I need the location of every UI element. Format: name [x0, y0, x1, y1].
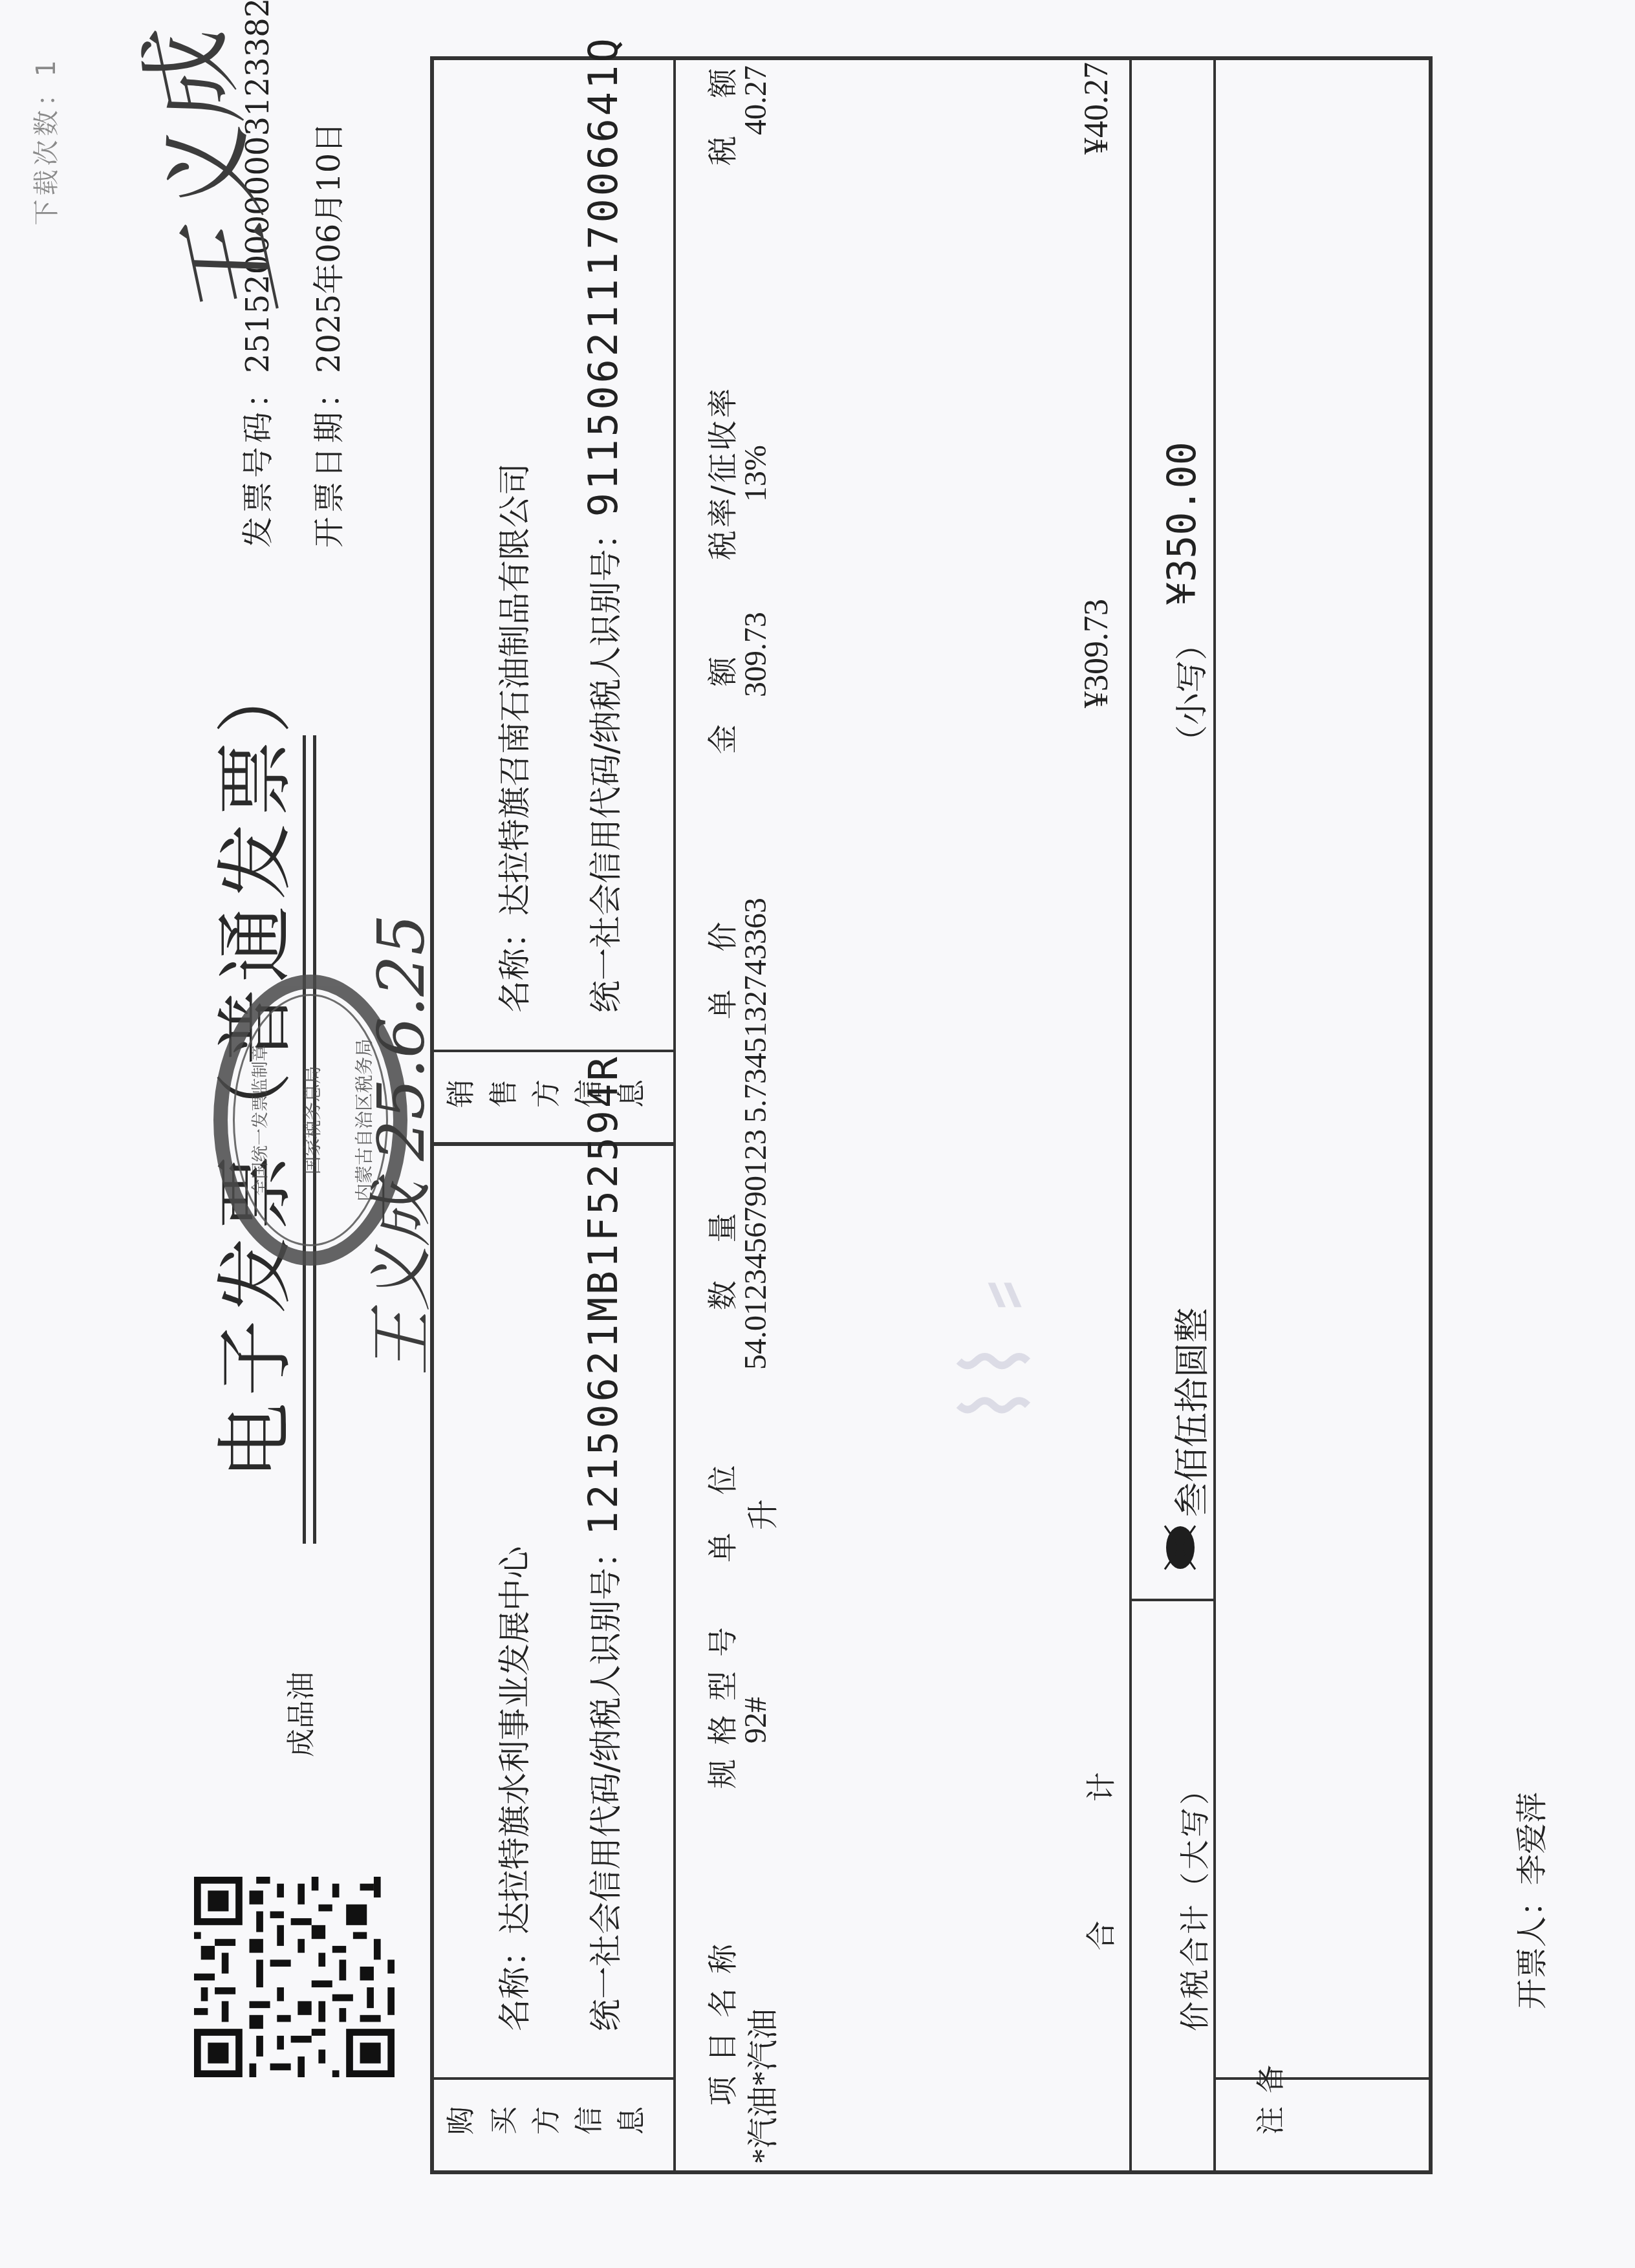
seller-tax-id: 统一社会信用代码/纳税人识别号：91150621117006641Q: [579, 36, 627, 1013]
buyer-name-value: 达拉特旗水利事业发展中心: [496, 1546, 534, 1934]
item-spec: 92#: [738, 1697, 774, 1744]
item-unit: 升: [738, 1499, 783, 1530]
drawer-name: 李爱萍: [1514, 1792, 1550, 1885]
download-count-value: 1: [32, 56, 61, 76]
issue-date: 开票日期：2025年06月10日: [304, 122, 349, 548]
item-tax: 40.27: [738, 65, 774, 243]
download-count-label: 下载次数：: [32, 76, 61, 225]
col-header-tax-rate: 税率/征收率: [699, 386, 742, 561]
circled-x-icon: [1166, 1526, 1195, 1569]
party-block-divider: [673, 60, 676, 2170]
handwritten-signature-mid: 王义成 25.6.25: [349, 914, 442, 1376]
buyer-tax-id-label: 统一社会信用代码/纳税人识别号：: [587, 1535, 625, 2031]
download-count: 下载次数：1: [26, 56, 63, 225]
invoice-page: 下载次数：1 成品油 电子发票（普通发票） 全国统一发票监制章 国家税务总局 内…: [0, 0, 1635, 2268]
grand-total-label: 价税合计（大写）: [1171, 1773, 1214, 2031]
grand-total-divider: [1213, 60, 1216, 2170]
totals-amount: ¥309.73: [1077, 599, 1116, 806]
show-through-marks: ⌇⌇ ⸗: [944, 1280, 1050, 1427]
buyer-tax-id: 统一社会信用代码/纳税人识别号：12150621MB1F52594R: [579, 1054, 627, 2031]
stamp-middle-text: 国家税务总局: [299, 989, 325, 1251]
item-amount: 309.73: [738, 612, 774, 806]
col-header-unit: 单 位: [699, 1451, 742, 1562]
col-header-tax: 税 额: [699, 54, 742, 166]
buyer-name: 名称：达拉特旗水利事业发展中心: [489, 1546, 536, 2031]
item-name: *汽油*汽油: [738, 2009, 783, 2164]
party-split: [434, 1142, 673, 1146]
grand-total-small-label: （小写）: [1166, 628, 1213, 757]
item-quantity: 54.0123456790123: [738, 1129, 774, 1465]
buyer-tax-id-value: 12150621MB1F52594R: [579, 1054, 627, 1535]
seller-label-divider: [434, 1050, 673, 1052]
grand-total-figures: ¥350.00: [1160, 442, 1205, 605]
col-header-unit-price: 单 价: [699, 907, 742, 1019]
seller-tax-id-label: 统一社会信用代码/纳税人识别号：: [587, 517, 625, 1013]
totals-label: 合 计: [1077, 1772, 1120, 1950]
totals-divider: [1129, 60, 1132, 2170]
grand-total-label-divider: [1129, 1599, 1213, 1601]
seller-tax-id-value: 91150621117006641Q: [579, 36, 627, 517]
col-header-quantity: 数 量: [699, 1198, 742, 1310]
buyer-name-label: 名称：: [496, 1934, 534, 2031]
seller-name: 名称：达拉特旗召南石油制品有限公司: [489, 463, 536, 1013]
item-unit-price: 5.7345132743363: [738, 898, 774, 1123]
buyer-section-label: 购买方信息: [446, 2103, 666, 2144]
category-tag: 成品油: [278, 1672, 319, 1757]
item-tax-rate: 13%: [738, 445, 774, 502]
drawer: 开票人：李爱萍: [1507, 1792, 1552, 2009]
invoice-table: 购买方信息 销售方信息 名称：达拉特旗水利事业发展中心 统一社会信用代码/纳税人…: [430, 56, 1433, 2174]
grand-total-words: 叁佰伍拾圆整: [1165, 1308, 1215, 1517]
invoice-number-label: 发票号码：: [240, 373, 276, 548]
buyer-label-divider: [434, 2077, 673, 2080]
issue-date-value: 2025年06月10日: [311, 122, 347, 373]
col-header-amount: 金 额: [699, 642, 742, 754]
remarks-label: 备 注: [1255, 2062, 1385, 2144]
drawer-label: 开票人：: [1514, 1885, 1550, 2009]
seller-section-label: 销售方信息: [446, 1076, 666, 1118]
col-header-spec: 规格型号: [699, 1613, 742, 1789]
totals-tax: ¥40.27: [1077, 62, 1116, 256]
seller-name-value: 达拉特旗召南石油制品有限公司: [496, 463, 534, 916]
col-header-item-name: 项目名称: [699, 1930, 742, 2106]
seller-name-label: 名称：: [496, 916, 534, 1013]
stamp-top-text: 全国统一发票监制章: [247, 989, 271, 1251]
qr-code: [194, 1877, 395, 2077]
issue-date-label: 开票日期：: [311, 373, 347, 548]
